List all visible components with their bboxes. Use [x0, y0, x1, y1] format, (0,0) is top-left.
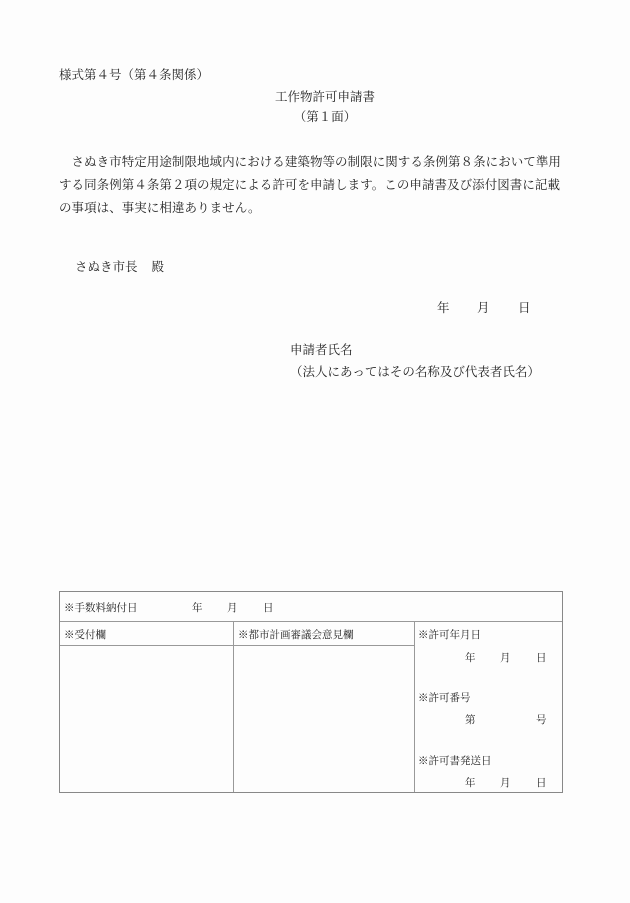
table-divider	[60, 621, 562, 622]
permit-date-day[interactable]: 日	[536, 650, 547, 665]
permit-number-prefix[interactable]: 第	[465, 712, 476, 727]
application-date-day[interactable]: 日	[518, 298, 531, 316]
application-statement: さぬき市特定用途制限地域内における建築物等の制限に関する条例第８条において準用す…	[59, 150, 565, 219]
permit-number-suffix[interactable]: 号	[536, 712, 547, 727]
applicant-name-note: （法人にあってはその名称及び代表者氏名）	[290, 362, 540, 380]
council-opinion-label: ※都市計画審議会意見欄	[238, 627, 354, 642]
document-subtitle: （第１面）	[0, 107, 630, 125]
permit-sent-day[interactable]: 日	[536, 775, 547, 790]
application-date-month[interactable]: 月	[477, 298, 490, 316]
permit-date-year[interactable]: 年	[465, 650, 476, 665]
council-opinion-field[interactable]	[234, 646, 414, 792]
permit-number-label: ※許可番号	[418, 690, 471, 705]
applicant-name-label: 申請者氏名	[290, 340, 353, 358]
permit-sent-month[interactable]: 月	[500, 775, 511, 790]
addressee-honorific: 殿	[152, 259, 165, 274]
addressee: さぬき市長殿	[75, 257, 164, 275]
reception-label: ※受付欄	[64, 627, 106, 642]
permit-sent-label: ※許可書発送日	[418, 753, 492, 768]
application-date-year[interactable]: 年	[437, 298, 450, 316]
reception-field[interactable]	[60, 646, 233, 792]
fee-date-month[interactable]: 月	[227, 600, 238, 615]
permit-date-label: ※許可年月日	[418, 627, 481, 642]
fee-date-day[interactable]: 日	[263, 600, 274, 615]
permit-sent-year[interactable]: 年	[465, 775, 476, 790]
fee-date-label: ※手数料納付日	[64, 600, 138, 615]
office-use-table: ※手数料納付日 年 月 日 ※受付欄 ※都市計画審議会意見欄 ※許可年月日 年 …	[59, 591, 563, 793]
document-title: 工作物許可申請書	[0, 87, 630, 105]
form-number-label: 様式第４号（第４条関係）	[59, 65, 209, 83]
permit-date-month[interactable]: 月	[500, 650, 511, 665]
fee-date-year[interactable]: 年	[192, 600, 203, 615]
addressee-name: さぬき市長	[75, 259, 138, 274]
table-divider	[414, 622, 415, 792]
